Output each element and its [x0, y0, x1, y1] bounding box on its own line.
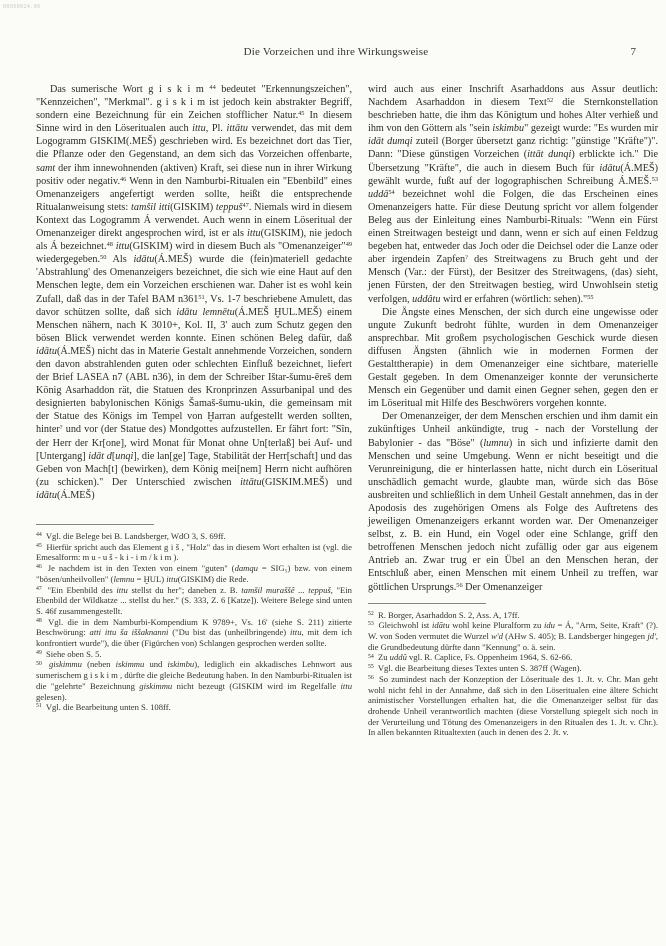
footnote-reference: 48 — [107, 241, 113, 248]
footnote-reference: 52 — [547, 97, 553, 104]
right-column: wird auch aus einer Inschrift Asarhaddon… — [368, 83, 658, 738]
footnote-reference: 53 — [652, 176, 658, 183]
left-column-body: Das sumerische Wort g i s k i m 44 bedeu… — [36, 83, 352, 502]
footnote-reference: 46 — [120, 176, 126, 183]
footnote-number: 46 — [36, 564, 44, 570]
footnote: 46 Je nachdem ist in den Texten von eine… — [36, 563, 352, 584]
footnote: 45 Hierfür spricht auch das Element g i … — [36, 542, 352, 563]
footnote: 54 Zu uddû vgl. R. Caplice, Fs. Oppenhei… — [368, 652, 658, 663]
scan-stamp: 00050024.06 — [3, 4, 41, 10]
book-page: 00050024.06 Die Vorzeichen und ihre Wirk… — [0, 0, 666, 946]
footnote-number: 56 — [368, 675, 376, 681]
footnote-number: 47 — [36, 586, 44, 592]
running-header: Die Vorzeichen und ihre Wirkungsweise 7 — [36, 46, 636, 62]
footnote: 48 Vgl. die in dem Namburbi-Kompendium K… — [36, 617, 352, 649]
footnote: 47 "Ein Ebenbild des ittu stellst du her… — [36, 585, 352, 617]
paragraph: Das sumerische Wort g i s k i m 44 bedeu… — [36, 83, 352, 502]
paragraph: wird auch aus einer Inschrift Asarhaddon… — [368, 83, 658, 306]
right-column-body: wird auch aus einer Inschrift Asarhaddon… — [368, 83, 658, 594]
footnote-separator — [36, 524, 154, 525]
footnote: 49 Siehe oben S. 5. — [36, 649, 352, 660]
footnote-number: 55 — [368, 664, 376, 670]
footnote-number: 52 — [368, 611, 376, 617]
footnote-number: 50 — [36, 661, 44, 667]
footnote-reference: ? — [465, 254, 468, 261]
footnote-reference: 54 — [388, 189, 394, 196]
footnote-number: 53 — [368, 621, 376, 627]
footnote-reference: ? — [60, 425, 63, 432]
footnote-number: 54 — [368, 654, 376, 660]
footnote: 51 Vgl. die Bearbeitung unten S. 108ff. — [36, 702, 352, 713]
left-column-footnotes: 44 Vgl. die Belege bei B. Landsberger, W… — [36, 531, 352, 713]
footnote-reference: 49 — [346, 241, 352, 248]
footnote-number: 51 — [36, 703, 44, 709]
footnote-reference: 56 — [456, 582, 462, 589]
footnote-number: 45 — [36, 543, 44, 549]
footnote: 56 So zumindest nach der Konzeption der … — [368, 674, 658, 738]
footnote-reference: 44 — [209, 84, 215, 91]
right-column-footnotes: 52 R. Borger, Asarhaddon S. 2, Ass. A, 1… — [368, 610, 658, 738]
footnote: 44 Vgl. die Belege bei B. Landsberger, W… — [36, 531, 352, 542]
paragraph: Die Ängste eines Menschen, der sich durc… — [368, 306, 658, 411]
footnote-reference: 47 — [243, 202, 249, 209]
footnote-reference: 55 — [587, 294, 593, 301]
footnote-separator — [368, 603, 486, 604]
footnote: 55 Vgl. die Bearbeitung dieses Textes un… — [368, 663, 658, 674]
footnote: 52 R. Borger, Asarhaddon S. 2, Ass. A, 1… — [368, 610, 658, 621]
footnote-reference: 51 — [198, 294, 204, 301]
left-column: Das sumerische Wort g i s k i m 44 bedeu… — [36, 83, 352, 738]
footnote-number: 48 — [36, 618, 44, 624]
footnote: 53 Gleichwohl ist idātu wohl keine Plura… — [368, 620, 658, 652]
text-columns: Das sumerische Wort g i s k i m 44 bedeu… — [36, 83, 658, 738]
footnote-reference: 45 — [298, 110, 304, 117]
footnote-number: 49 — [36, 650, 44, 656]
page-number: 7 — [631, 46, 637, 58]
footnote: 50 giskimmu (neben iskimmu und iskimbu),… — [36, 659, 352, 702]
footnote-reference: 50 — [100, 254, 106, 261]
paragraph: Der Omenanzeiger, der dem Menschen ersch… — [368, 410, 658, 593]
page-title: Die Vorzeichen und ihre Wirkungsweise — [36, 46, 636, 58]
footnote-number: 44 — [36, 532, 44, 538]
